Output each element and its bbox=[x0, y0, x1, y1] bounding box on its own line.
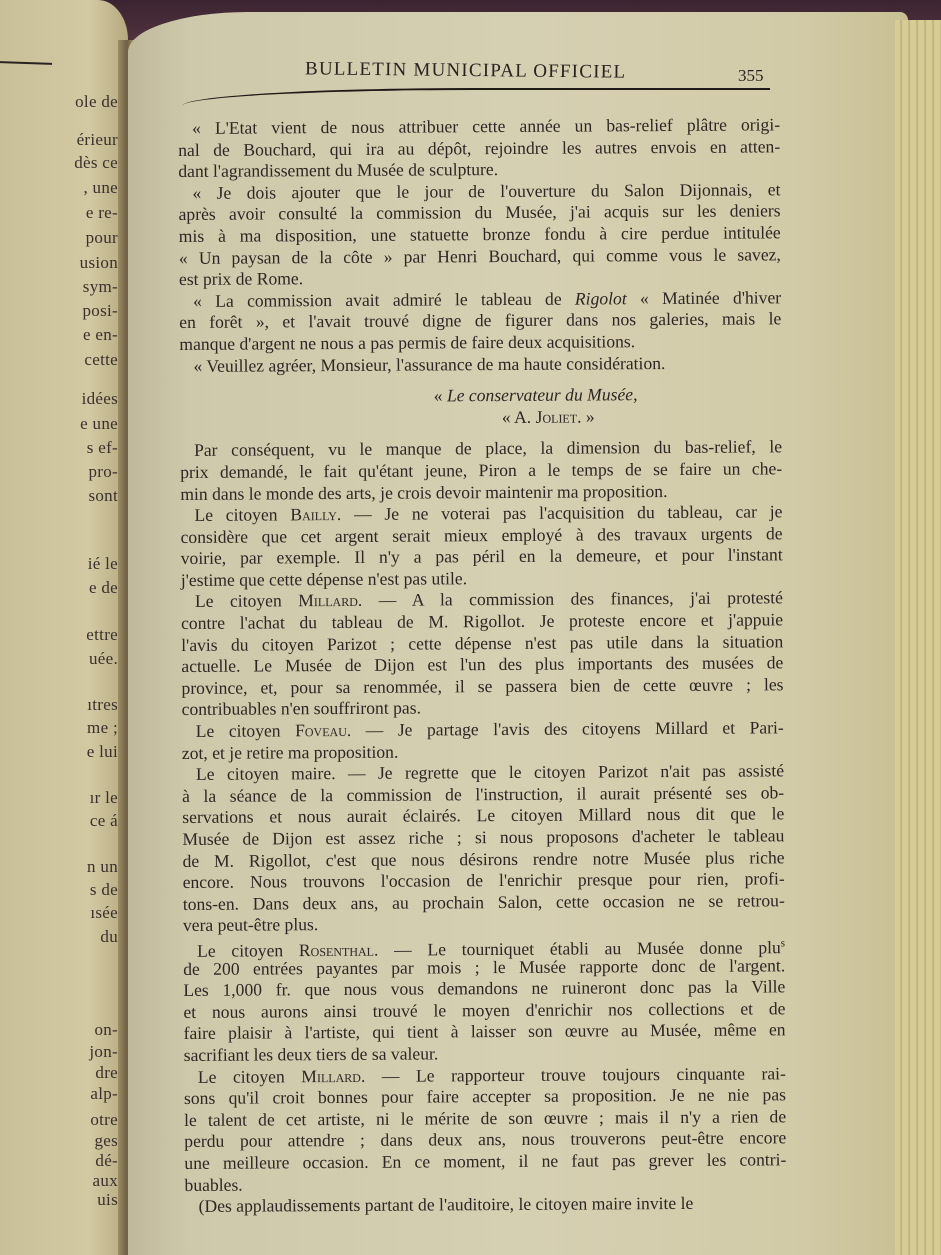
left-page-fragment: érieur bbox=[77, 130, 118, 150]
paragraph-conclusion: Par conséquent, vu le manque de place, l… bbox=[180, 437, 782, 505]
left-page-fragment: ır le bbox=[90, 788, 118, 808]
speaker-name: Foveau bbox=[295, 720, 347, 740]
paragraph-foveau: Le citoyen Foveau. — Je partage l'avis d… bbox=[182, 717, 784, 764]
speaker-name: Millard bbox=[298, 590, 358, 610]
left-page-fragment: on- bbox=[94, 1020, 118, 1040]
paragraph-closing: (Des applaudissements partant de l'audit… bbox=[185, 1192, 787, 1217]
left-page-fragment: e re- bbox=[86, 203, 118, 223]
left-page-fragment: pro- bbox=[88, 462, 118, 482]
text-line: faire plaisir à l'artiste, qui tient à l… bbox=[184, 1020, 786, 1045]
left-page: ole deérieurdès ce, unee re-pourusionsym… bbox=[0, 0, 128, 1255]
paragraph-letter-1: « L'Etat vient de nous attribuer cette a… bbox=[178, 114, 780, 182]
paragraph-millard-2: Le citoyen Millard. — Le rapporteur trou… bbox=[184, 1063, 787, 1196]
body-text: « L'Etat vient de nous attribuer cette a… bbox=[178, 114, 787, 1217]
left-page-fragment: e en- bbox=[83, 325, 118, 345]
left-page-fragment: s ef- bbox=[87, 438, 118, 458]
page-stack-edges bbox=[895, 20, 941, 1255]
paragraph-maire: Le citoyen maire. — Je regrette que le c… bbox=[182, 761, 785, 937]
text-line: une meilleure occasion. En ce moment, il… bbox=[184, 1149, 786, 1174]
text-line: Le citoyen Foveau. — Je partage l'avis d… bbox=[182, 717, 784, 742]
text-line: mis à ma disposition, une statuette bron… bbox=[179, 222, 781, 247]
text-line: Le citoyen Rosenthal. — Le tourniquet ét… bbox=[183, 933, 785, 958]
text-line: tons-en. Dans deux ans, au prochain Salo… bbox=[183, 890, 785, 915]
paragraph-letter-3: « La commission avait admiré le tableau … bbox=[179, 287, 781, 355]
left-page-fragment: dès ce bbox=[74, 153, 118, 173]
left-page-fragment: pour bbox=[86, 228, 118, 248]
left-page-fragment: , une bbox=[83, 178, 118, 198]
text-line: « Un paysan de la côte » par Henri Bouch… bbox=[179, 244, 781, 269]
left-page-fragment: e une bbox=[80, 414, 118, 434]
paragraph-rosenthal: Le citoyen Rosenthal. — Le tourniquet ét… bbox=[183, 933, 786, 1066]
paragraph-bailly: Le citoyen Bailly. — Je ne voterai pas l… bbox=[180, 501, 783, 591]
left-page-fragment: cette bbox=[84, 350, 118, 370]
speaker-name: Bailly bbox=[290, 504, 337, 524]
left-header-rule bbox=[0, 61, 52, 65]
left-page-fragment: jon- bbox=[89, 1042, 118, 1062]
left-page-fragment: e lui bbox=[87, 742, 118, 762]
paragraph-letter-2: « Je dois ajouter que le jour de l'ouver… bbox=[178, 179, 781, 291]
speaker-name: Millard bbox=[301, 1065, 361, 1085]
left-page-fragment: usion bbox=[80, 253, 118, 273]
text-line: nal de Bouchard, qui ira au dépôt, rejoi… bbox=[178, 136, 780, 161]
left-page-fragment: aux bbox=[93, 1171, 118, 1191]
left-page-fragment: idées bbox=[82, 389, 118, 409]
text-line: « L'Etat vient de nous attribuer cette a… bbox=[178, 114, 780, 139]
text-line: en forêt », et l'avait trouvé digne de f… bbox=[179, 309, 781, 334]
left-page-fragment: uis bbox=[97, 1190, 118, 1210]
left-page-fragment: e de bbox=[89, 578, 118, 598]
left-page-fragment: dre bbox=[95, 1063, 118, 1083]
left-page-fragment: ısée bbox=[90, 903, 118, 923]
text-line: voirie, par exemple. Il n'y a pas péril … bbox=[181, 545, 783, 570]
left-page-fragment: uée. bbox=[89, 649, 118, 669]
left-page-fragment: sym- bbox=[83, 277, 118, 297]
left-page-fragment: s de bbox=[90, 880, 118, 900]
painter-name: Rigolot bbox=[575, 288, 627, 308]
text-line: province, et, pour sa renommée, il se pa… bbox=[181, 674, 783, 699]
left-page-fragment: ettre bbox=[86, 625, 118, 645]
left-page-fragment: me ; bbox=[87, 718, 118, 738]
left-page-fragment: posi- bbox=[83, 301, 119, 321]
text-line: Musée de Dijon est assez riche ; si nous… bbox=[182, 825, 784, 850]
running-header: BULLETIN MUNICIPAL OFFICIEL bbox=[305, 58, 626, 83]
left-page-fragment: ole de bbox=[75, 92, 118, 112]
left-page-fragment: sont bbox=[88, 486, 118, 506]
left-page-fragment: dé- bbox=[95, 1151, 118, 1171]
left-page-fragment: du bbox=[100, 927, 118, 947]
left-page-fragment: ıtres bbox=[87, 695, 118, 715]
left-page-fragment: alp- bbox=[90, 1084, 118, 1104]
paragraph-millard-1: Le citoyen Millard. — A la commission de… bbox=[181, 588, 784, 721]
text-line: prix demandé, le fait qu'étant jeune, Pi… bbox=[180, 458, 782, 483]
left-page-fragment: ce á bbox=[90, 811, 118, 831]
left-page-fragment: ié le bbox=[88, 554, 118, 574]
page-number: 355 bbox=[738, 66, 764, 86]
left-page-fragment: n un bbox=[87, 857, 118, 877]
left-page-fragment: ges bbox=[94, 1131, 118, 1151]
left-page-fragment: otre bbox=[90, 1110, 118, 1130]
